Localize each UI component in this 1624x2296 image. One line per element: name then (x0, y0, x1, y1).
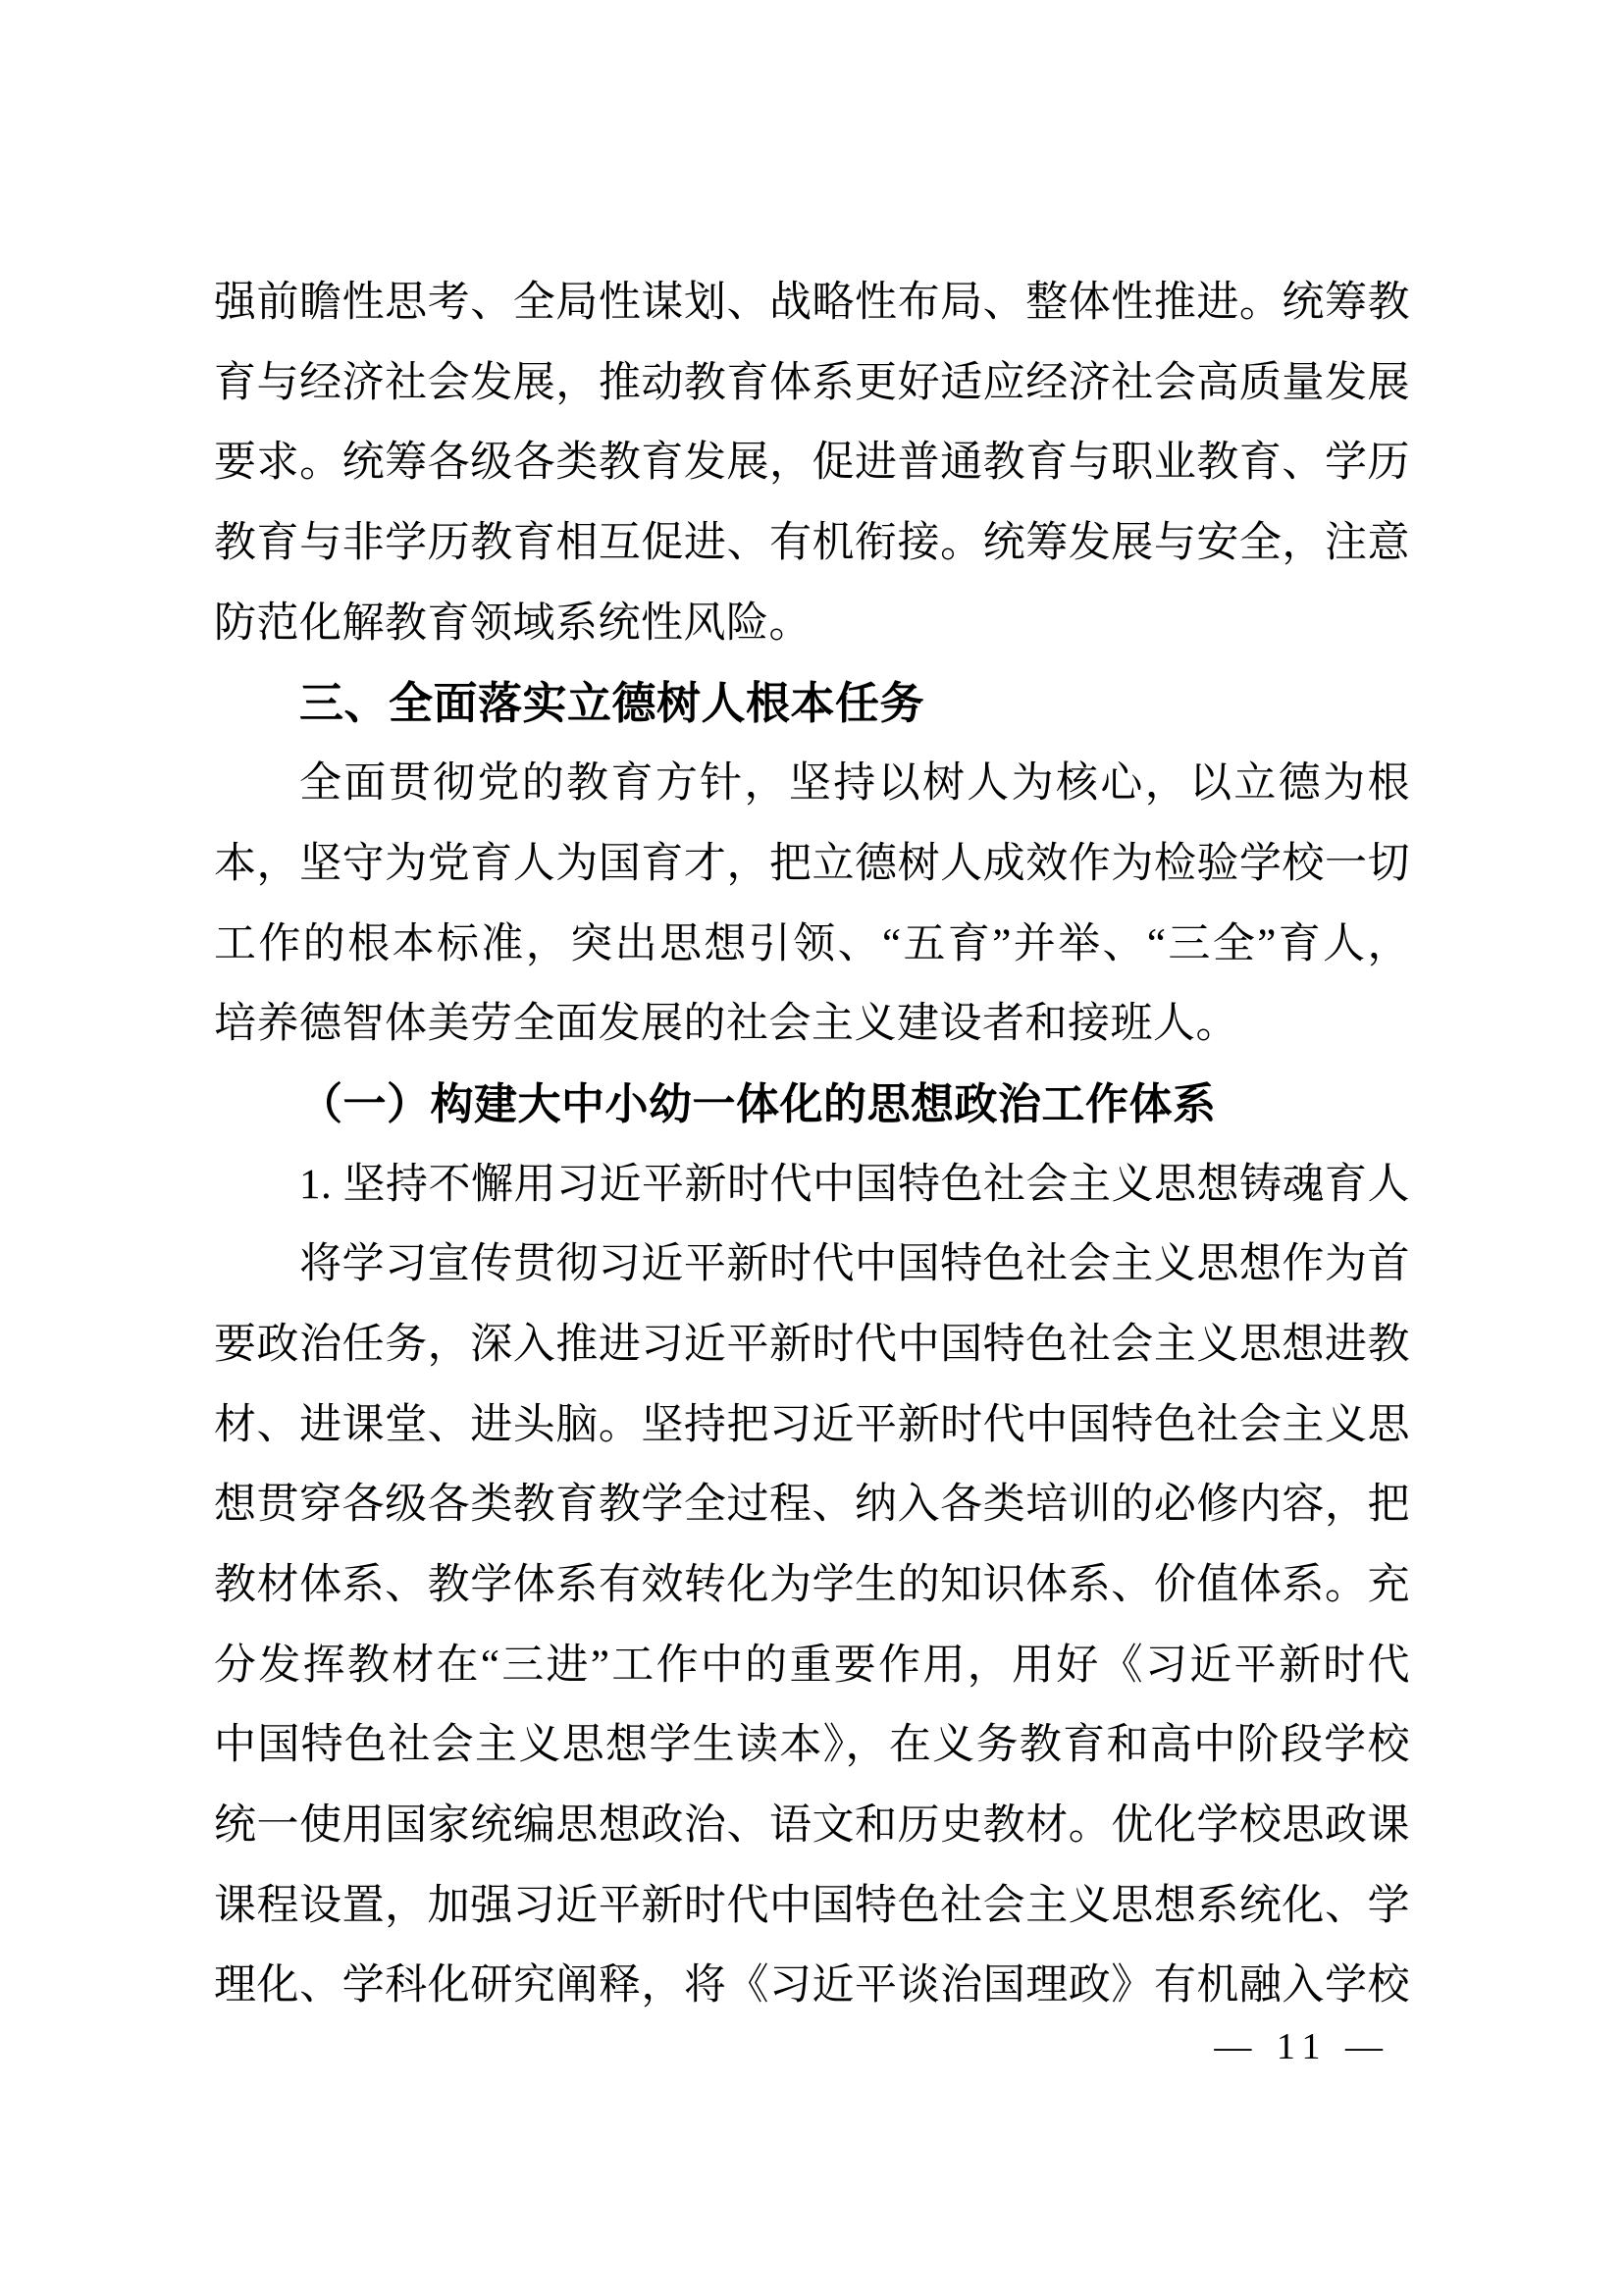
text-line: 培养德智体美劳全面发展的社会主义建设者和接班人。 (214, 984, 1410, 1065)
page-number: — 11 — (1214, 2025, 1390, 2068)
text-line: 想贯穿各级各类教育教学全过程、纳入各类培训的必修内容，把 (214, 1465, 1410, 1545)
text-line: 将学习宣传贯彻习近平新时代中国特色社会主义思想作为首 (214, 1225, 1410, 1305)
text-line: 教育与非学历教育相互促进、有机衔接。统筹发展与安全，注意 (214, 503, 1410, 584)
text-line: 本，坚守为党育人为国育才，把立德树人成效作为检验学校一切 (214, 824, 1410, 905)
text-line: 要政治任务，深入推进习近平新时代中国特色社会主义思想进教 (214, 1305, 1410, 1385)
text-line: 教材体系、教学体系有效转化为学生的知识体系、价值体系。充 (214, 1545, 1410, 1626)
text-line: 强前瞻性思考、全局性谋划、战略性布局、整体性推进。统筹教 (214, 263, 1410, 343)
text-line: 工作的根本标准，突出思想引领、“五育”并举、“三全”育人， (214, 905, 1410, 985)
item-heading: 1. 坚持不懈用习近平新时代中国特色社会主义思想铸魂育人 (214, 1145, 1410, 1226)
text-column: 强前瞻性思考、全局性谋划、战略性布局、整体性推进。统筹教育与经济社会发展，推动教… (214, 263, 1410, 2026)
text-line: 育与经济社会发展，推动教育体系更好适应经济社会高质量发展 (214, 343, 1410, 424)
text-line: 材、进课堂、进头脑。坚持把习近平新时代中国特色社会主义思 (214, 1385, 1410, 1466)
text-line: 课程设置，加强习近平新时代中国特色社会主义思想系统化、学 (214, 1866, 1410, 1947)
text-line: 防范化解教育领域系统性风险。 (214, 584, 1410, 664)
text-line: 中国特色社会主义思想学生读本》，在义务教育和高中阶段学校 (214, 1705, 1410, 1786)
section-heading: 三、全面落实立德树人根本任务 (214, 663, 1410, 744)
text-line: 理化、学科化研究阐释，将《习近平谈治国理政》有机融入学校 (214, 1946, 1410, 2026)
subsection-heading: （一）构建大中小幼一体化的思想政治工作体系 (214, 1065, 1410, 1145)
document-page: 强前瞻性思考、全局性谋划、战略性布局、整体性推进。统筹教育与经济社会发展，推动教… (0, 0, 1624, 2296)
text-line: 全面贯彻党的教育方针，坚持以树人为核心，以立德为根 (214, 744, 1410, 824)
text-line: 统一使用国家统编思想政治、语文和历史教材。优化学校思政课 (214, 1786, 1410, 1866)
text-line: 要求。统筹各级各类教育发展，促进普通教育与职业教育、学历 (214, 423, 1410, 503)
text-line: 分发挥教材在“三进”工作中的重要作用，用好《习近平新时代 (214, 1626, 1410, 1706)
